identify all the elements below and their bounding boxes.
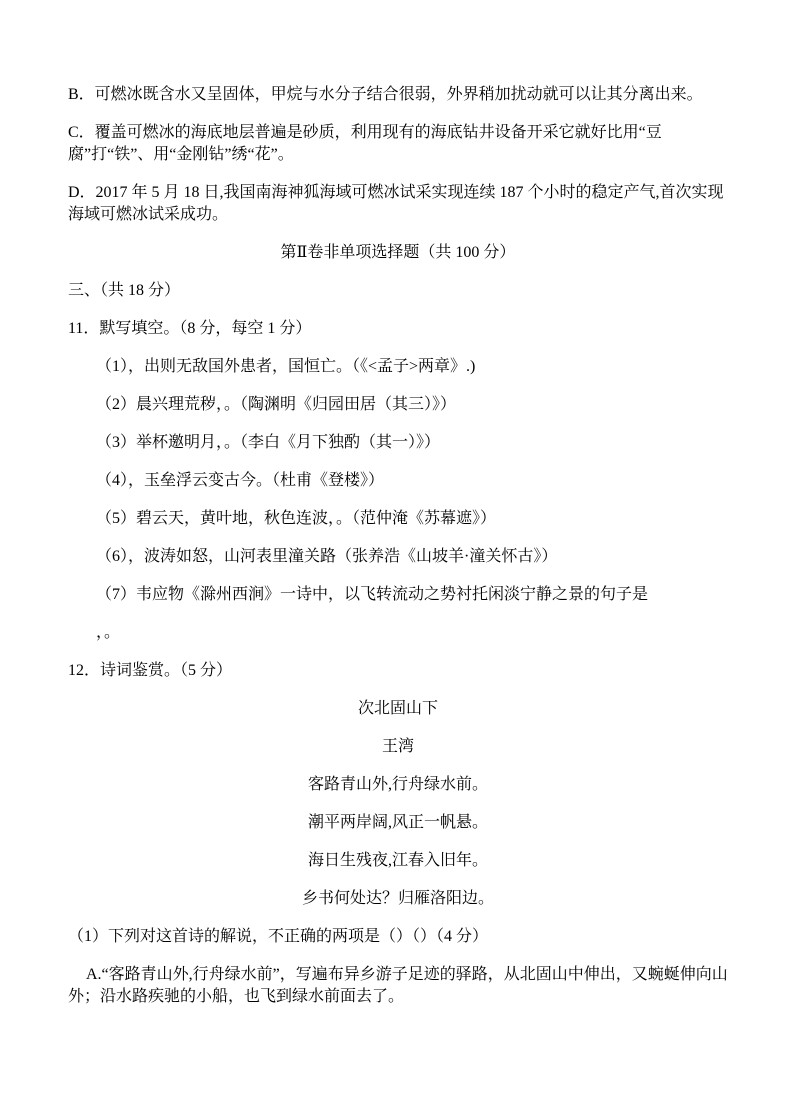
q12-sub1-stem: （1）下列对这首诗的解说，不正确的两项是（）（）（4 分）	[68, 926, 728, 948]
poem-title: 次北固山下	[68, 698, 728, 720]
exam-document-page: B．可燃冰既含水又呈固体，甲烷与水分子结合很弱，外界稍加扰动就可以让其分离出来。…	[0, 0, 790, 1008]
option-b: B．可燃冰既含水又呈固体，甲烷与水分子结合很弱，外界稍加扰动就可以让其分离出来。	[68, 84, 728, 106]
question-11-stem: 11．默写填空。（8 分，每空 1 分）	[68, 318, 728, 340]
poem-line-3: 海日生残夜,江春入旧年。	[68, 850, 728, 872]
q11-item-3: （3）举杯邀明月，。（李白《月下独酌（其一）》）	[68, 432, 728, 454]
part3-heading: 三、（共 18 分）	[68, 280, 728, 302]
question-12-stem: 12．诗词鉴赏。（5 分）	[68, 660, 728, 682]
option-c: C．覆盖可燃冰的海底地层普遍是砂质，利用现有的海底钻井设备开采它就好比用“豆腐”…	[68, 122, 728, 166]
poem-line-1: 客路青山外,行舟绿水前。	[68, 774, 728, 796]
section2-heading: 第Ⅱ卷非单项选择题（共 100 分）	[68, 242, 728, 264]
poem-author: 王湾	[68, 736, 728, 758]
q11-item-1: （1），出则无敌国外患者，国恒亡。（《<孟子>两章》.)	[68, 356, 728, 378]
poem-line-2: 潮平两岸阔,风正一帆悬。	[68, 812, 728, 834]
q11-item-7-blank: ，。	[68, 622, 728, 644]
option-d: D．2017 年 5 月 18 日,我国南海神狐海域可燃冰试采实现连续 187 …	[68, 182, 728, 226]
q11-item-4: （4），玉垒浮云变古今。（杜甫《登楼》）	[68, 470, 728, 492]
q11-item-6: （6），波涛如怒，山河表里潼关路（张养浩《山坡羊·潼关怀古》）	[68, 546, 728, 568]
q11-item-5: （5）碧云天，黄叶地，秋色连波，。（范仲淹《苏幕遮》）	[68, 508, 728, 530]
q11-item-2: （2）晨兴理荒秽，。（陶渊明《归园田居（其三）》）	[68, 394, 728, 416]
q12-option-a: A.“客路青山外,行舟绿水前”，写遍布异乡游子足迹的驿路，从北固山中伸出，又蜿蜒…	[68, 964, 728, 1008]
q11-item-7: （7）韦应物《滁州西涧》一诗中，以飞转流动之势衬托闲淡宁静之景的句子是	[68, 584, 728, 606]
poem-line-4: 乡书何处达？归雁洛阳边。	[68, 888, 728, 910]
